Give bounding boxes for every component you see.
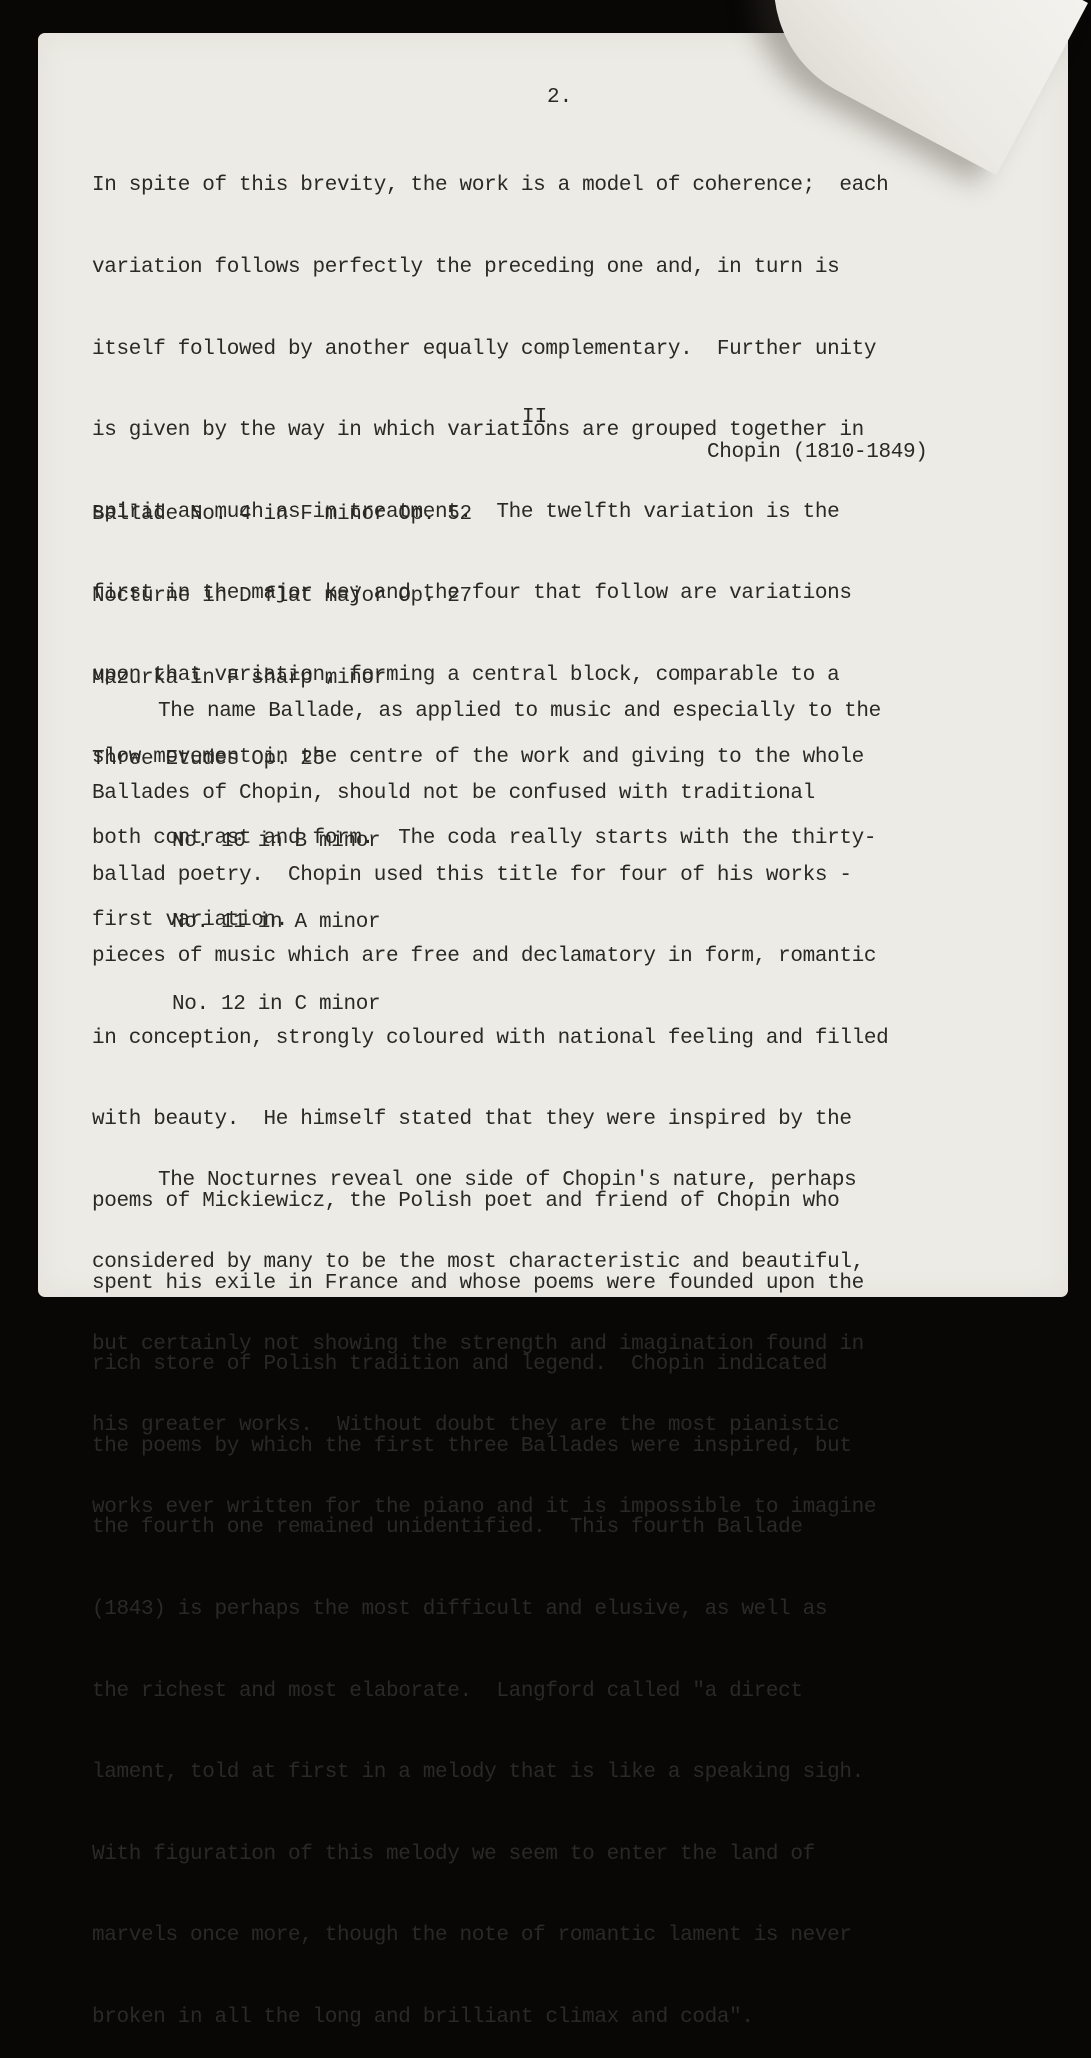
text-line: variation follows perfectly the precedin… bbox=[92, 254, 888, 281]
programme-item: Ballade No. 4 in F minor Op. 52 bbox=[92, 501, 472, 528]
page-number: 2. bbox=[547, 86, 572, 109]
text-line: considered by many to be the most charac… bbox=[92, 1249, 876, 1276]
text-line: Ballades of Chopin, should not be confus… bbox=[92, 780, 888, 807]
nocturne-paragraph: The Nocturnes reveal one side of Chopin'… bbox=[92, 1113, 876, 1340]
text-line: pieces of music which are free and decla… bbox=[92, 943, 888, 970]
composer-heading: Chopin (1810-1849) bbox=[707, 441, 928, 464]
text-line: The name Ballade, as applied to music an… bbox=[92, 698, 888, 725]
text-line: The Nocturnes reveal one side of Chopin'… bbox=[92, 1167, 876, 1194]
section-numeral: II bbox=[522, 406, 547, 429]
text-line: ballad poetry. Chopin used this title fo… bbox=[92, 862, 888, 889]
text-line: itself followed by another equally compl… bbox=[92, 336, 888, 363]
text-line: in conception, strongly coloured with na… bbox=[92, 1025, 888, 1052]
text-line: but certainly not showing the strength a… bbox=[92, 1331, 876, 1340]
text-line: In spite of this brevity, the work is a … bbox=[92, 172, 888, 199]
programme-item: Nocturne in D flat major Op. 27 bbox=[92, 583, 472, 610]
